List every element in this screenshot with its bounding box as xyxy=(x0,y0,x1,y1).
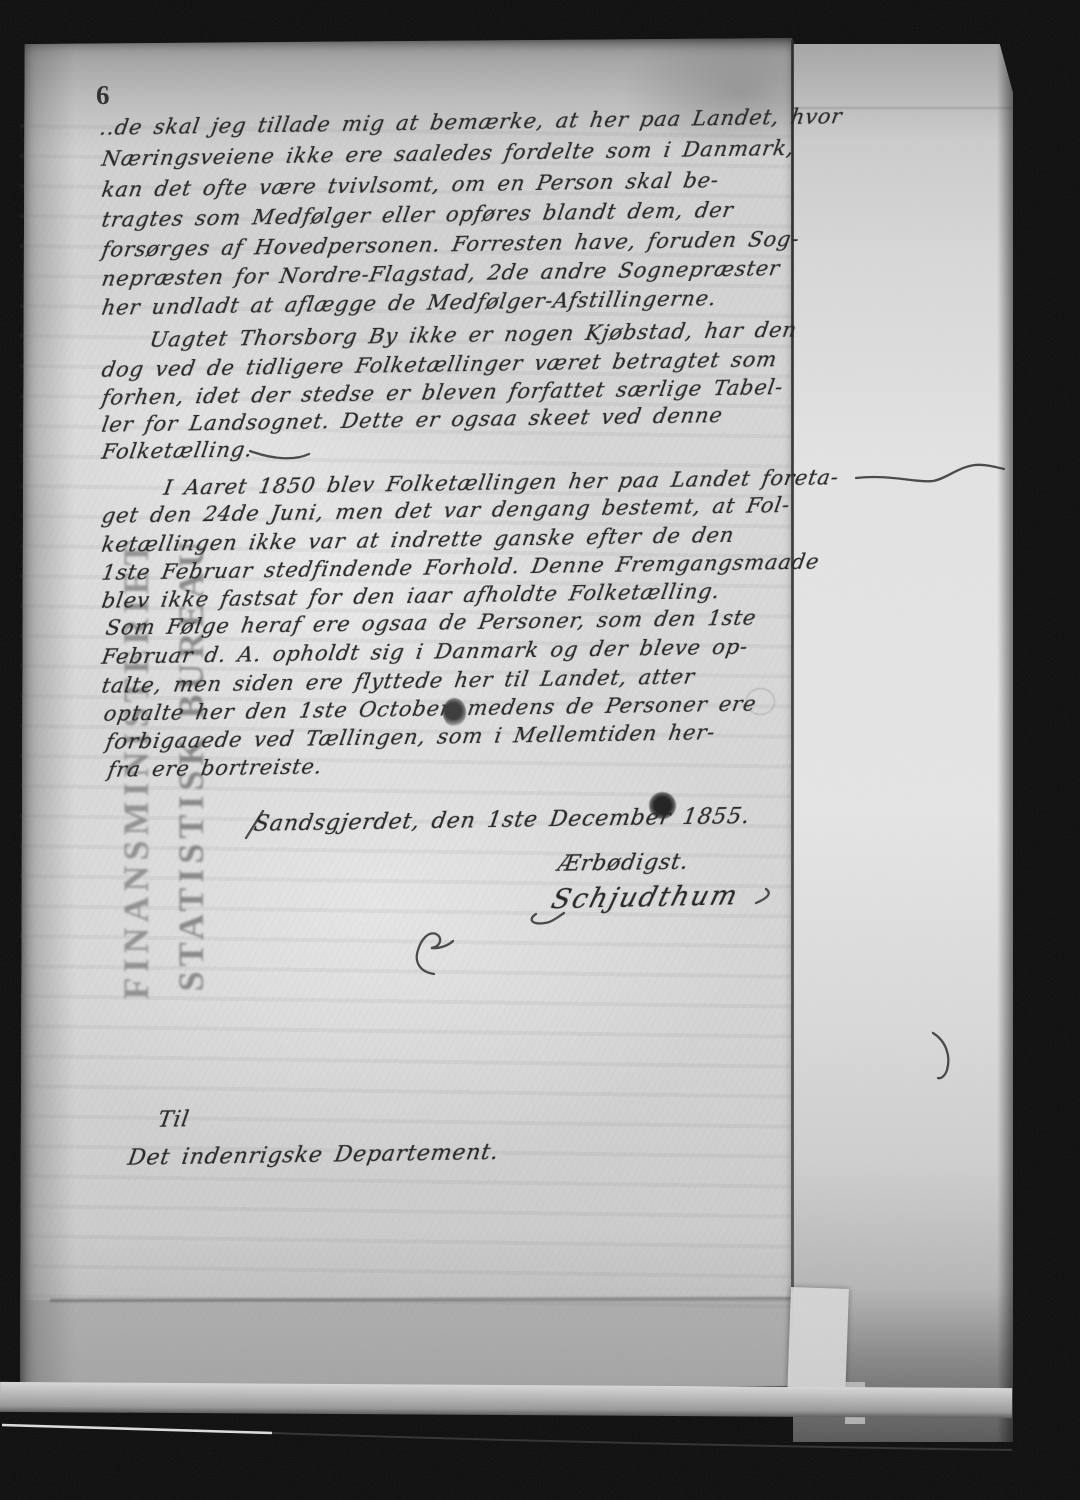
address-salutation: Til xyxy=(156,1108,191,1133)
fold-shadow xyxy=(20,1300,793,1388)
page-bottom-edge xyxy=(0,1382,1012,1418)
manuscript-line: fra ere bortreiste. xyxy=(106,755,324,782)
ink-ring-stain xyxy=(746,688,775,715)
signature: Schjudthum xyxy=(548,880,743,915)
archival-scan: FINANSMINISTERIET STATISTISK BUREAU 6 ..… xyxy=(0,0,1080,1500)
bottom-highlight-line xyxy=(2,1425,272,1433)
page-number: 6 xyxy=(96,80,110,111)
manuscript-line: Folketælling. xyxy=(100,438,255,464)
valediction: Ærbødigst. xyxy=(556,850,691,877)
repair-tape xyxy=(787,1287,849,1401)
adjacent-leaf xyxy=(793,44,1013,1442)
